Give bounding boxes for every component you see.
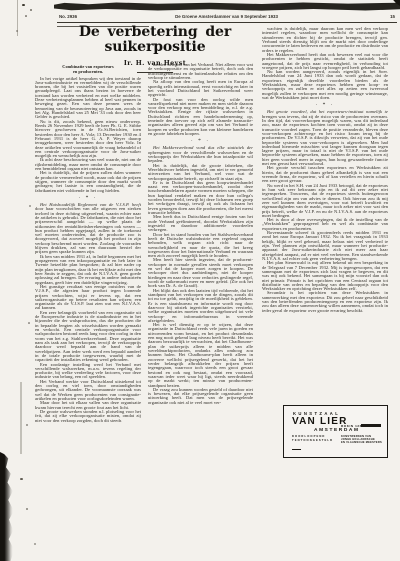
body-paragraph: Ik ben van midden 1931 af, in Indië bego…	[35, 255, 141, 285]
body-paragraph: Men heeft dus in Duitschland eenige fout…	[148, 215, 253, 232]
body-paragraph: Het plan Steuerwald is mij alleen bekend…	[262, 261, 388, 291]
body-paragraph: De vraag zou kunnen worden gesteld of da…	[148, 388, 253, 405]
ad-description-line: EN VLAAMSCHE MEESTERS	[341, 441, 382, 444]
header-rule	[57, 22, 397, 23]
text-column-3: wachten is duidelijk, maar daarom kan me…	[262, 27, 388, 404]
body-paragraph: Het gunstige resultaat van eenige outsid…	[35, 285, 141, 311]
body-paragraph: Men heeft hier steeds ingezien, dat de p…	[148, 258, 253, 288]
ad-tagline-line: TENTOONGESTELD	[292, 439, 333, 443]
scan-speck	[28, 322, 30, 324]
body-paragraph: Het is duidelijk, dat de prijzen zullen …	[35, 171, 141, 193]
scan-speck	[26, 508, 28, 510]
body-paragraph: Door het in stand houden van het Stahlwe…	[148, 233, 253, 259]
scan-speck	[25, 15, 27, 17]
column-body: wachten is duidelijk, maar daarom kan me…	[262, 27, 388, 313]
body-paragraph: Het Huishoudelijk Reglement van de V.J.S…	[35, 203, 141, 255]
body-paragraph: Het Makkersverbond heeft dan ook bewezen…	[262, 53, 388, 70]
body-paragraph: Nu werd in het S.H. van 24 Juni 1933 bet…	[262, 184, 388, 219]
ad-redacted-bar	[361, 424, 381, 427]
body-paragraph: Nu kan worden aangevoerd, zooals eigenli…	[262, 70, 388, 100]
section-separator: · * ·	[262, 102, 388, 108]
ad-city: AMSTERDAM	[314, 428, 360, 433]
scan-speck	[30, 9, 32, 11]
body-paragraph: De groote walswerken stonden n.l. plotse…	[35, 410, 141, 423]
ad-gallery-name: VAN LIER	[292, 416, 348, 427]
ad-dash-rule	[292, 449, 301, 450]
body-paragraph: Een zoodanige instelling werd het Verban…	[35, 363, 141, 380]
scan-speck	[22, 4, 25, 6]
scan-speck	[34, 543, 36, 545]
body-paragraph: Bovenstaande schreef ik grootendeels ree…	[262, 231, 388, 261]
text-column-2: hadden beleend van het Verband. Niet all…	[148, 63, 253, 460]
section-separator: · * ·	[35, 195, 141, 201]
newspaper-page-scan: No. 2936 De Groene Amsterdammer van 9 Se…	[0, 0, 400, 561]
page-number: 15	[390, 14, 395, 19]
body-paragraph: wachten is duidelijk, maar daarom kan me…	[262, 27, 388, 53]
text-column-1: Combinatie van exporteurs en producenten…	[35, 63, 141, 460]
body-paragraph: Nu is dit, zooals bekend, geen nieuw ond…	[35, 120, 141, 159]
column-body: In het vorige artikel bespraken wij den …	[35, 77, 141, 423]
body-paragraph: Het Verband werkte voor Duitschland uits…	[35, 380, 141, 402]
scan-edge-streak-bottom-left	[0, 452, 15, 561]
body-paragraph: De fout van voor den oorlog wilde men va…	[148, 98, 253, 137]
body-paragraph: Het blijkt dan ook den laatsten tijd vol…	[148, 289, 253, 324]
advertisement-kunstzaal-van-lier: KUNSTZAAL VAN LIER ROKIN 126 AMSTERDAM D…	[283, 405, 388, 458]
body-paragraph: hadden beleend van het Verband. Niet all…	[148, 63, 253, 80]
body-paragraph: Secundair is het oprichten van deze Werk…	[262, 291, 388, 313]
scan-speck	[20, 478, 23, 480]
body-paragraph: Het is wel dienstig er op te wijzen, dat…	[148, 323, 253, 388]
scan-speck	[26, 424, 28, 426]
issue-number: No. 2936	[59, 14, 77, 19]
section-separator: · * ·	[148, 138, 253, 144]
body-paragraph: Het Makkersverbond vond dus elke statist…	[148, 146, 253, 163]
running-head: No. 2936 De Groene Amsterdammer van 9 Se…	[57, 13, 396, 21]
scan-tear-line-lower	[20, 382, 22, 454]
scan-speck	[16, 30, 18, 32]
body-paragraph: Na afloop van den oorlog heeft men in Eu…	[148, 80, 253, 97]
body-paragraph: Een zeer belangrijk voorbeeld van een or…	[35, 311, 141, 363]
body-paragraph: Het is duidelijk, dat de groote fabrieke…	[148, 164, 253, 181]
subheading-line: en producenten.	[35, 69, 141, 74]
column-body: hadden beleend van het Verband. Niet all…	[148, 63, 253, 405]
scan-edge-band-top	[54, 2, 400, 11]
body-paragraph: Er is in Duitschland dus geen koopwinste…	[148, 181, 253, 216]
body-paragraph: Het groote verschil tusschen exporteurs …	[262, 166, 388, 183]
section-subheading: Combinatie van exporteurs en producenten…	[35, 64, 141, 74]
body-paragraph: In het vorige artikel bespraken wij den …	[35, 77, 141, 120]
article-title: De verbetering der suikerpositie	[35, 25, 275, 55]
masthead-dateline: De Groene Amsterdammer van 9 September 1…	[175, 14, 278, 19]
ad-description: KUNSTWERKEN VAN JONGE HOLLANDSCHE EN VLA…	[341, 435, 382, 444]
body-paragraph: Het groote voordeel, dat het exporteurs-…	[262, 110, 388, 166]
ad-tagline: DOORLOOPEND TENTOONGESTELD	[292, 435, 333, 442]
scan-speck	[29, 205, 31, 207]
